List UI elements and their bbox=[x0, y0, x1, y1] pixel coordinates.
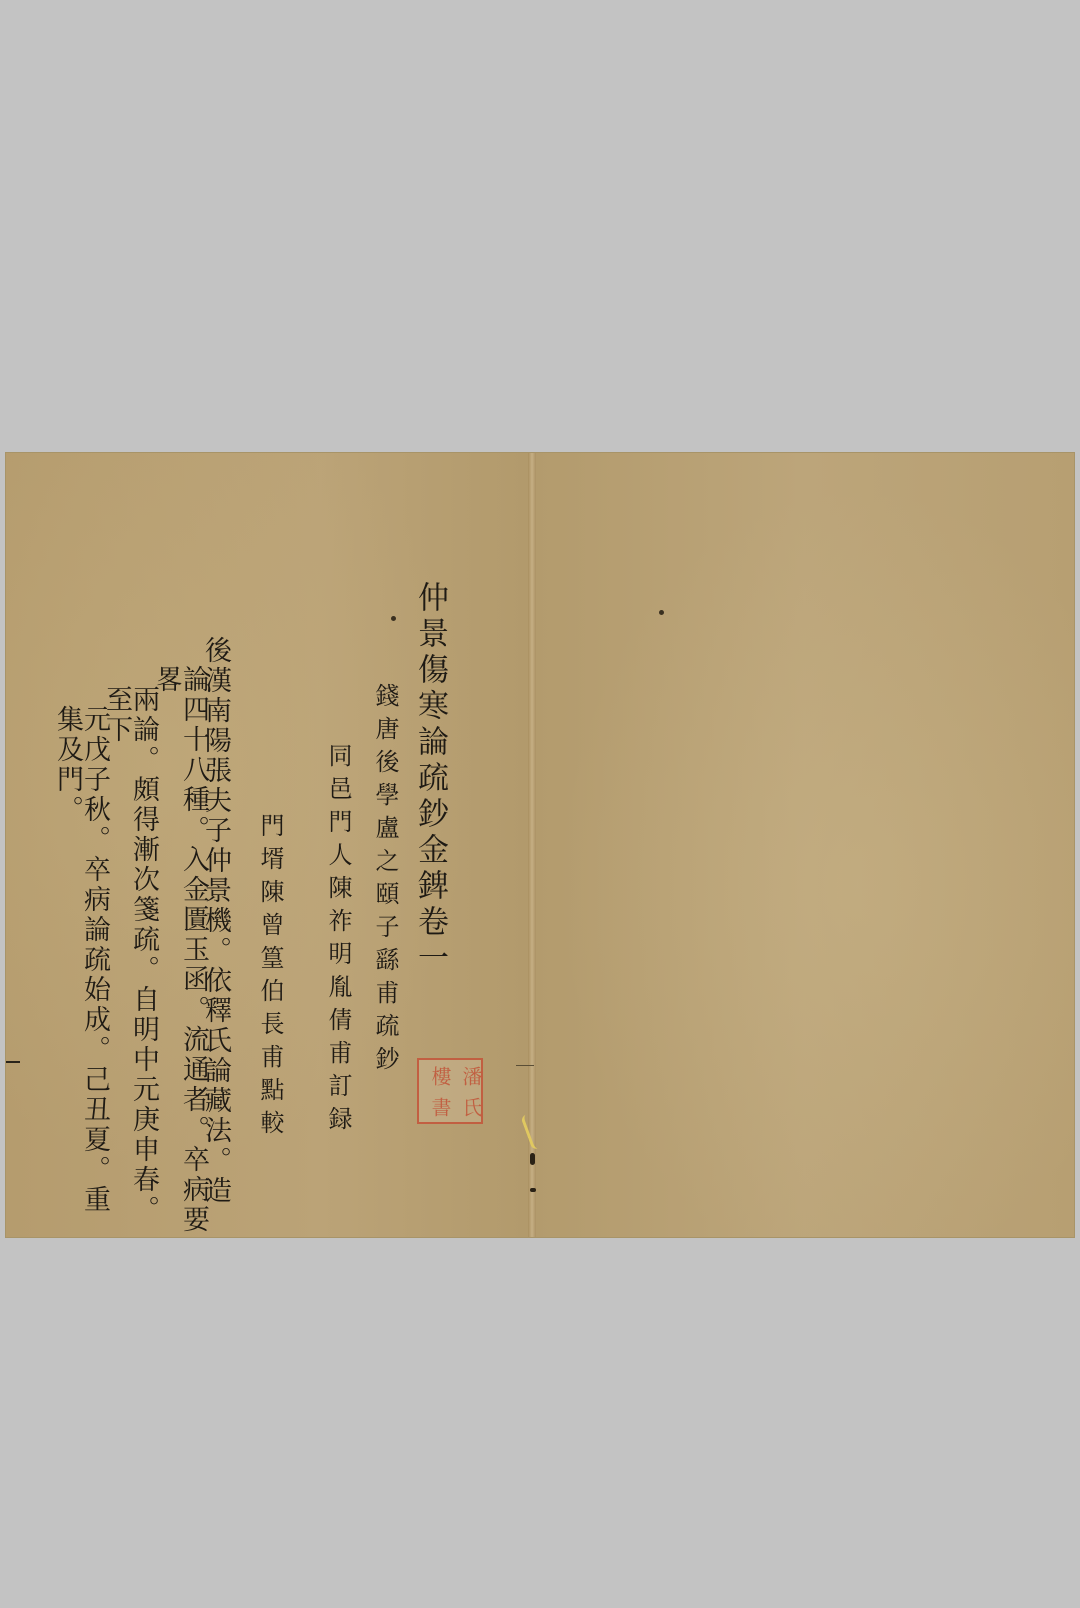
body-column-3: 兩論。頗得漸次箋疏。自明中元庚申春。至下 bbox=[103, 685, 157, 1237]
binding-hole bbox=[530, 1188, 536, 1192]
ink-speck bbox=[659, 610, 664, 615]
seal-char: 氏 bbox=[450, 1097, 481, 1117]
ink-speck bbox=[391, 616, 396, 621]
book-spread: 仲景傷寒論疏鈔金錍卷一 錢唐後學盧之頤子繇甫疏鈔 同邑門人陳祚明胤倩甫訂録 門壻… bbox=[6, 453, 1074, 1237]
collator-column: 門壻陳曾篁伯長甫點較 bbox=[258, 813, 282, 1143]
margin-mark bbox=[6, 1061, 20, 1063]
recorder-column: 同邑門人陳祚明胤倩甫訂録 bbox=[326, 743, 350, 1139]
binding-hole bbox=[530, 1153, 535, 1165]
fold-mark bbox=[516, 1065, 534, 1066]
body-column-2: 論四十八種。入金匱玉函。流通者。卒病要畧 bbox=[153, 665, 207, 1237]
collector-seal: 樓 潘 書 氏 bbox=[417, 1058, 483, 1124]
seal-char: 潘 bbox=[450, 1066, 481, 1086]
title-column: 仲景傷寒論疏鈔金錍卷一 bbox=[414, 581, 445, 977]
seal-char: 書 bbox=[419, 1097, 450, 1117]
seal-char: 樓 bbox=[419, 1066, 450, 1086]
author-column: 錢唐後學盧之頤子繇甫疏鈔 bbox=[373, 683, 397, 1079]
body-column-4: 元戊子秋。卒病論疏始成。己丑夏。重集及門。 bbox=[54, 705, 108, 1237]
right-page-blank bbox=[534, 453, 1074, 1237]
